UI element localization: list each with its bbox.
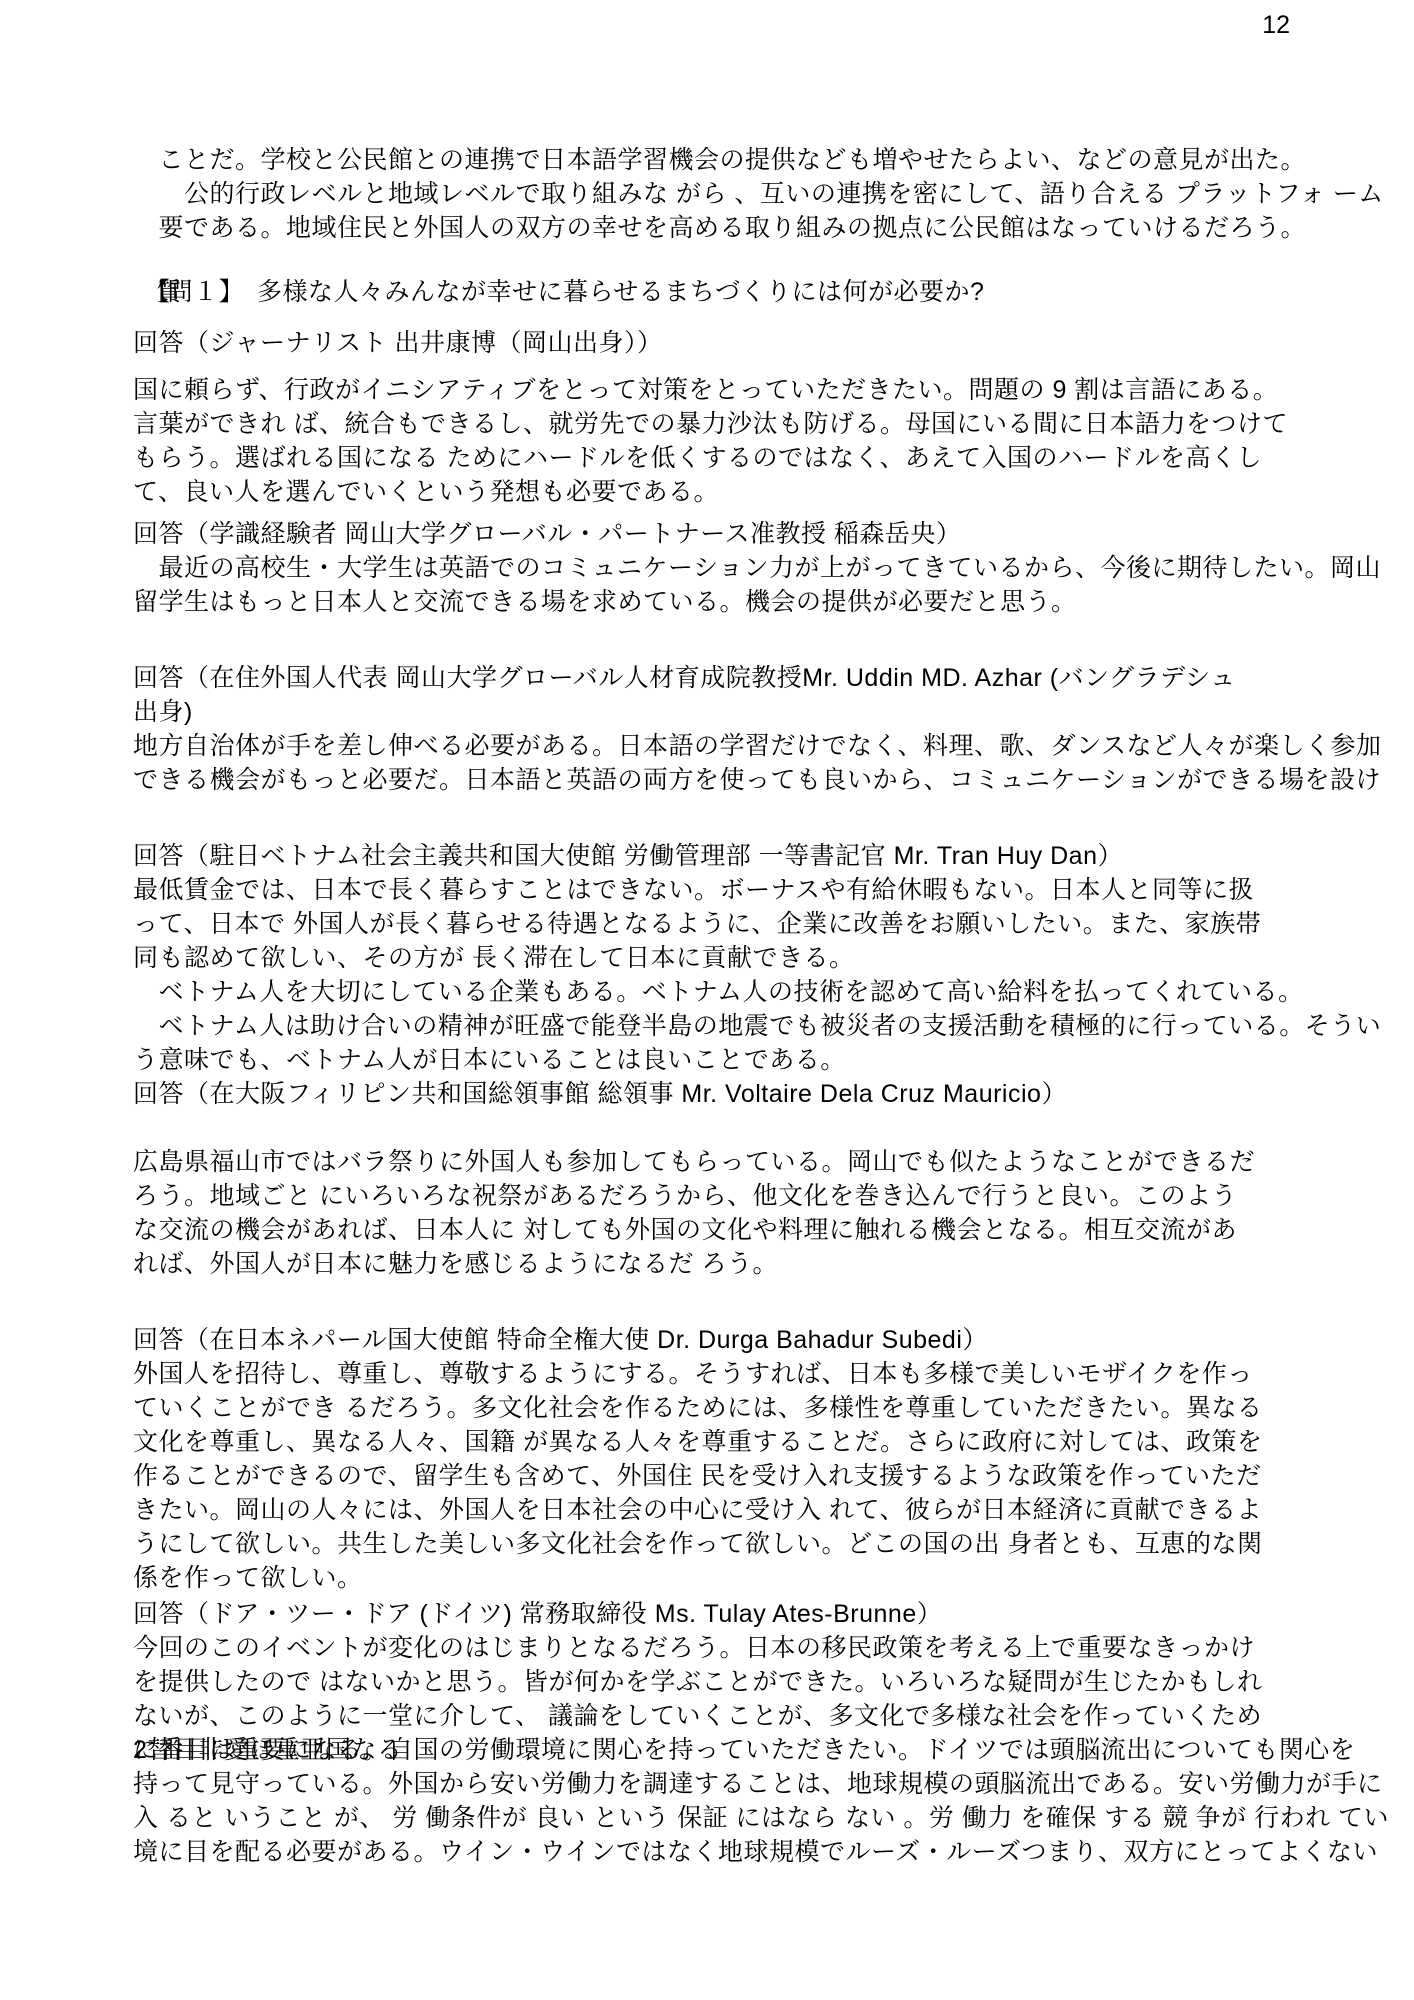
- text-line: う意味でも、ベトナム人が日本にいることは良いことである。: [133, 1043, 1414, 1077]
- answer-germany: 回答（ドア・ツー・ドア (ドイツ) 常務取締役 Ms. Tulay Ates-B…: [133, 1597, 1414, 1869]
- text-line: 地方自治体が手を差し伸べる必要がある。日本語の学習だけでなく、料理、歌、ダンスな…: [133, 729, 1414, 763]
- question-heading: 【質問１】 多様な人々みんなが幸せに暮らせるまちづくりには何が必要か?: [133, 275, 1414, 309]
- overlap-front-text: 2替目非愛ほ重亜国なる: [133, 1733, 402, 1767]
- text-line: 国に頼らず、行政がイニシアティブをとって対策をとっていただきたい。問題の 9 割…: [133, 373, 1414, 407]
- text-line-remainder: 自国の労働環境に関心を持っていただきたい。ドイツでは頭脳流出についても関心を: [388, 1736, 1355, 1764]
- answer-nepal: 回答（在日本ネパール国大使館 特命全権大使 Dr. Durga Bahadur …: [133, 1323, 1414, 1595]
- text-line: 出身): [133, 695, 1414, 729]
- text-line: 係を作って欲しい。: [133, 1561, 1414, 1595]
- text-line: できる機会がもっと必要だ。日本語と英語の両方を使っても良いから、コミュニケーショ…: [133, 763, 1414, 797]
- answer-resident-foreigner: 回答（在住外国人代表 岡山大学グローバル人材育成院教授Mr. Uddin MD.…: [133, 661, 1414, 797]
- overlapped-text-artifact: に番目は重要になる。2替目非愛ほ重亜国なる: [133, 1733, 388, 1767]
- text-line: ベトナム人は助け合いの精神が旺盛で能登半島の地震でも被災者の支援活動を積極的に行…: [133, 1009, 1414, 1043]
- text-line: 要である。地域住民と外国人の双方の幸せを高める取り組みの拠点に公民館はなっていけ…: [133, 211, 1414, 245]
- answer-academic: 回答（学識経験者 岡山大学グローバル・パートナース准教授 稲森岳央） 最近の高校…: [133, 517, 1414, 619]
- paragraph-kominkan: ことだ。学校と公民館との連携で日本語学習機会の提供なども増やせたらよい、などの意…: [133, 143, 1414, 245]
- text-line: 公的行政レベルと地域レベルで取り組みな がら 、互いの連携を密にして、語り合える…: [133, 177, 1414, 211]
- text-line: れば、外国人が日本に魅力を感じるようになるだ ろう。: [133, 1247, 1414, 1281]
- document-page: ことだ。学校と公民館との連携で日本語学習機会の提供なども増やせたらよい、などの意…: [0, 0, 1414, 2000]
- text-line: な交流の機会があれば、日本人に 対しても外国の文化や料理に触れる機会となる。相互…: [133, 1213, 1414, 1247]
- text-line: 言葉ができれ ば、統合もできるし、就労先での暴力沙汰も防げる。母国にいる間に日本…: [133, 407, 1414, 441]
- text-line: ないが、このように一堂に介して、 議論をしていくことが、多文化で多様な社会を作っ…: [133, 1699, 1414, 1733]
- answer-vietnam: 回答（駐日ベトナム社会主義共和国大使館 労働管理部 一等書記官 Mr. Tran…: [133, 839, 1414, 1111]
- text-line: きたい。岡山の人々には、外国人を日本社会の中心に受け入 れて、彼らが日本経済に貢…: [133, 1493, 1414, 1527]
- text-line: 広島県福山市ではバラ祭りに外国人も参加してもらっている。岡山でも似たようなことが…: [133, 1145, 1414, 1179]
- text-line: 回答（ドア・ツー・ドア (ドイツ) 常務取締役 Ms. Tulay Ates-B…: [133, 1597, 1414, 1631]
- text-line: 持って見守っている。外国から安い労働力を調達することは、地球規模の頭脳流出である…: [133, 1767, 1414, 1801]
- text-line: ベトナム人を大切にしている企業もある。ベトナム人の技術を認めて高い給料を払ってく…: [133, 975, 1414, 1009]
- answer-philippines: 広島県福山市ではバラ祭りに外国人も参加してもらっている。岡山でも似たようなことが…: [133, 1145, 1414, 1281]
- text-line: もらう。選ばれる国になる ためにハードルを低くするのではなく、あえて入国のハード…: [133, 441, 1414, 475]
- text-line: ろう。地域ごと にいろいろな祝祭があるだろうから、他文化を巻き込んで行うと良い。…: [133, 1179, 1414, 1213]
- text-line: うにして欲しい。共生した美しい多文化社会を作って欲しい。どこの国の出 身者とも、…: [133, 1527, 1414, 1561]
- text-line: 外国人を招待し、尊重し、尊敬するようにする。そうすれば、日本も多様で美しいモザイ…: [133, 1357, 1414, 1391]
- speaker-journalist: 回答（ジャーナリスト 出井康博（岡山出身））: [133, 326, 1414, 360]
- question-heading-line: 【質問１】 多様な人々みんなが幸せに暮らせるまちづくりには何が必要か?: [145, 275, 1414, 309]
- text-line: って、日本で 外国人が長く暮らせる待遇となるように、企業に改善をお願いしたい。ま…: [133, 907, 1414, 941]
- text-line: 最低賃金では、日本で長く暮らすことはできない。ボーナスや有給休暇もない。日本人と…: [133, 873, 1414, 907]
- text-line: 回答（学識経験者 岡山大学グローバル・パートナース准教授 稲森岳央）: [133, 517, 1414, 551]
- page-footer: 12: [0, 8, 1414, 42]
- text-line: 今回のこのイベントが変化のはじまりとなるだろう。日本の移民政策を考える上で重要な…: [133, 1631, 1414, 1665]
- text-line: 最近の高校生・大学生は英語でのコミュニケーション力が上がってきているから、今後に…: [133, 551, 1414, 585]
- text-line: 境に目を配る必要がある。ウイン・ウインではなく地球規模でルーズ・ルーズつまり、双…: [133, 1835, 1414, 1869]
- text-line: 同も認めて欲しい、その方が 長く滞在して日本に貢献できる。: [133, 941, 1414, 975]
- answer-journalist: 国に頼らず、行政がイニシアティブをとって対策をとっていただきたい。問題の 9 割…: [133, 373, 1414, 509]
- text-line: ことだ。学校と公民館との連携で日本語学習機会の提供なども増やせたらよい、などの意…: [133, 143, 1414, 177]
- text-line: て、良い人を選んでいくという発想も必要である。: [133, 475, 1414, 509]
- text-line: を提供したので はないかと思う。皆が何かを学ぶことができた。いろいろな疑問が生じ…: [133, 1665, 1414, 1699]
- text-line: 回答（駐日ベトナム社会主義共和国大使館 労働管理部 一等書記官 Mr. Tran…: [133, 839, 1414, 873]
- text-line: 文化を尊重し、異なる人々、国籍 が異なる人々を尊重することだ。さらに政府に対して…: [133, 1425, 1414, 1459]
- text-line: 留学生はもっと日本人と交流できる場を求めている。機会の提供が必要だと思う。: [133, 585, 1414, 619]
- text-line: 回答（在大阪フィリピン共和国総領事館 総領事 Mr. Voltaire Dela…: [133, 1077, 1414, 1111]
- text-line: ていくことができ るだろう。多文化社会を作るためには、多様性を尊重していただきた…: [133, 1391, 1414, 1425]
- overlapping-text-line: に番目は重要になる。2替目非愛ほ重亜国なる自国の労働環境に関心を持っていただきた…: [133, 1733, 1414, 1767]
- text-line: 回答（ジャーナリスト 出井康博（岡山出身））: [133, 326, 1414, 360]
- document-text-body: ことだ。学校と公民館との連携で日本語学習機会の提供なども増やせたらよい、などの意…: [133, 130, 1414, 1869]
- text-line: 回答（在日本ネパール国大使館 特命全権大使 Dr. Durga Bahadur …: [133, 1323, 1414, 1357]
- text-line: 作ることができるので、留学生も含めて、外国住 民を受け入れ支援するような政策を作…: [133, 1459, 1414, 1493]
- text-line: 回答（在住外国人代表 岡山大学グローバル人材育成院教授Mr. Uddin MD.…: [133, 661, 1414, 695]
- page-number: 12: [1262, 11, 1290, 39]
- text-line: 入 ると いうこと が、 労 働条件が 良い という 保証 にはなら ない 。労…: [133, 1801, 1414, 1835]
